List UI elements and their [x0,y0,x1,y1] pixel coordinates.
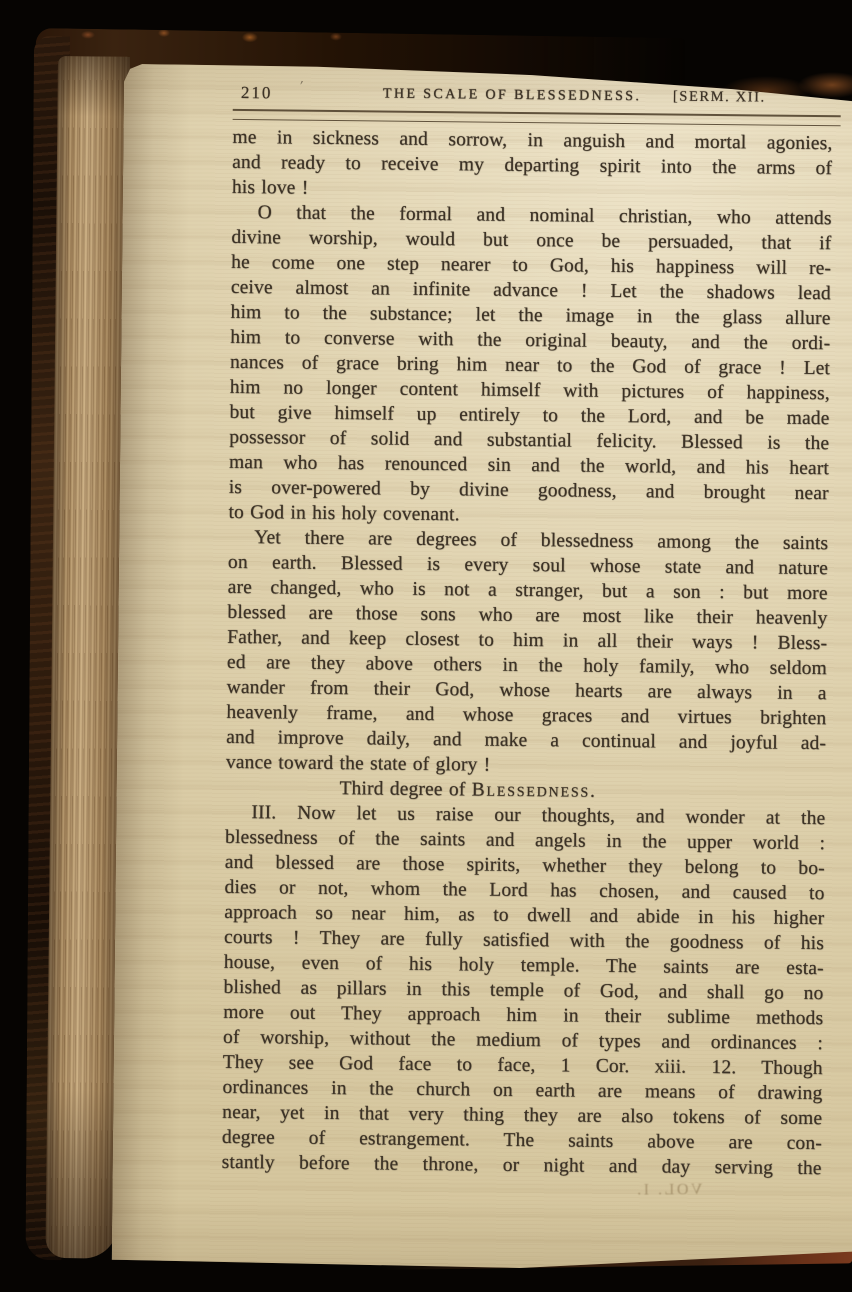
book-page: 210 ′ THE SCALE OF BLESSEDNESS. [SERM. X… [112,64,852,1276]
sermon-reference: [SERM. XII. [673,89,766,107]
section-heading-smallcaps: Blessedness. [472,779,597,801]
page-number: 210 [241,83,273,103]
ghost-text: VOL. I. [612,1181,702,1200]
body-text: me in sickness and sorrow, in anguish an… [222,125,833,1181]
book-photo: 210 ′ THE SCALE OF BLESSEDNESS. [SERM. X… [0,0,852,1292]
section-heading-prefix: Third degree of [339,778,471,800]
stray-pen-mark: ′ [297,79,304,96]
text-line: stantly before the throne, or night and … [222,1150,822,1181]
double-rule [233,109,841,126]
page-content: 210 ′ THE SCALE OF BLESSEDNESS. [SERM. X… [222,83,833,1181]
running-title: THE SCALE OF BLESSEDNESS. [383,87,642,106]
